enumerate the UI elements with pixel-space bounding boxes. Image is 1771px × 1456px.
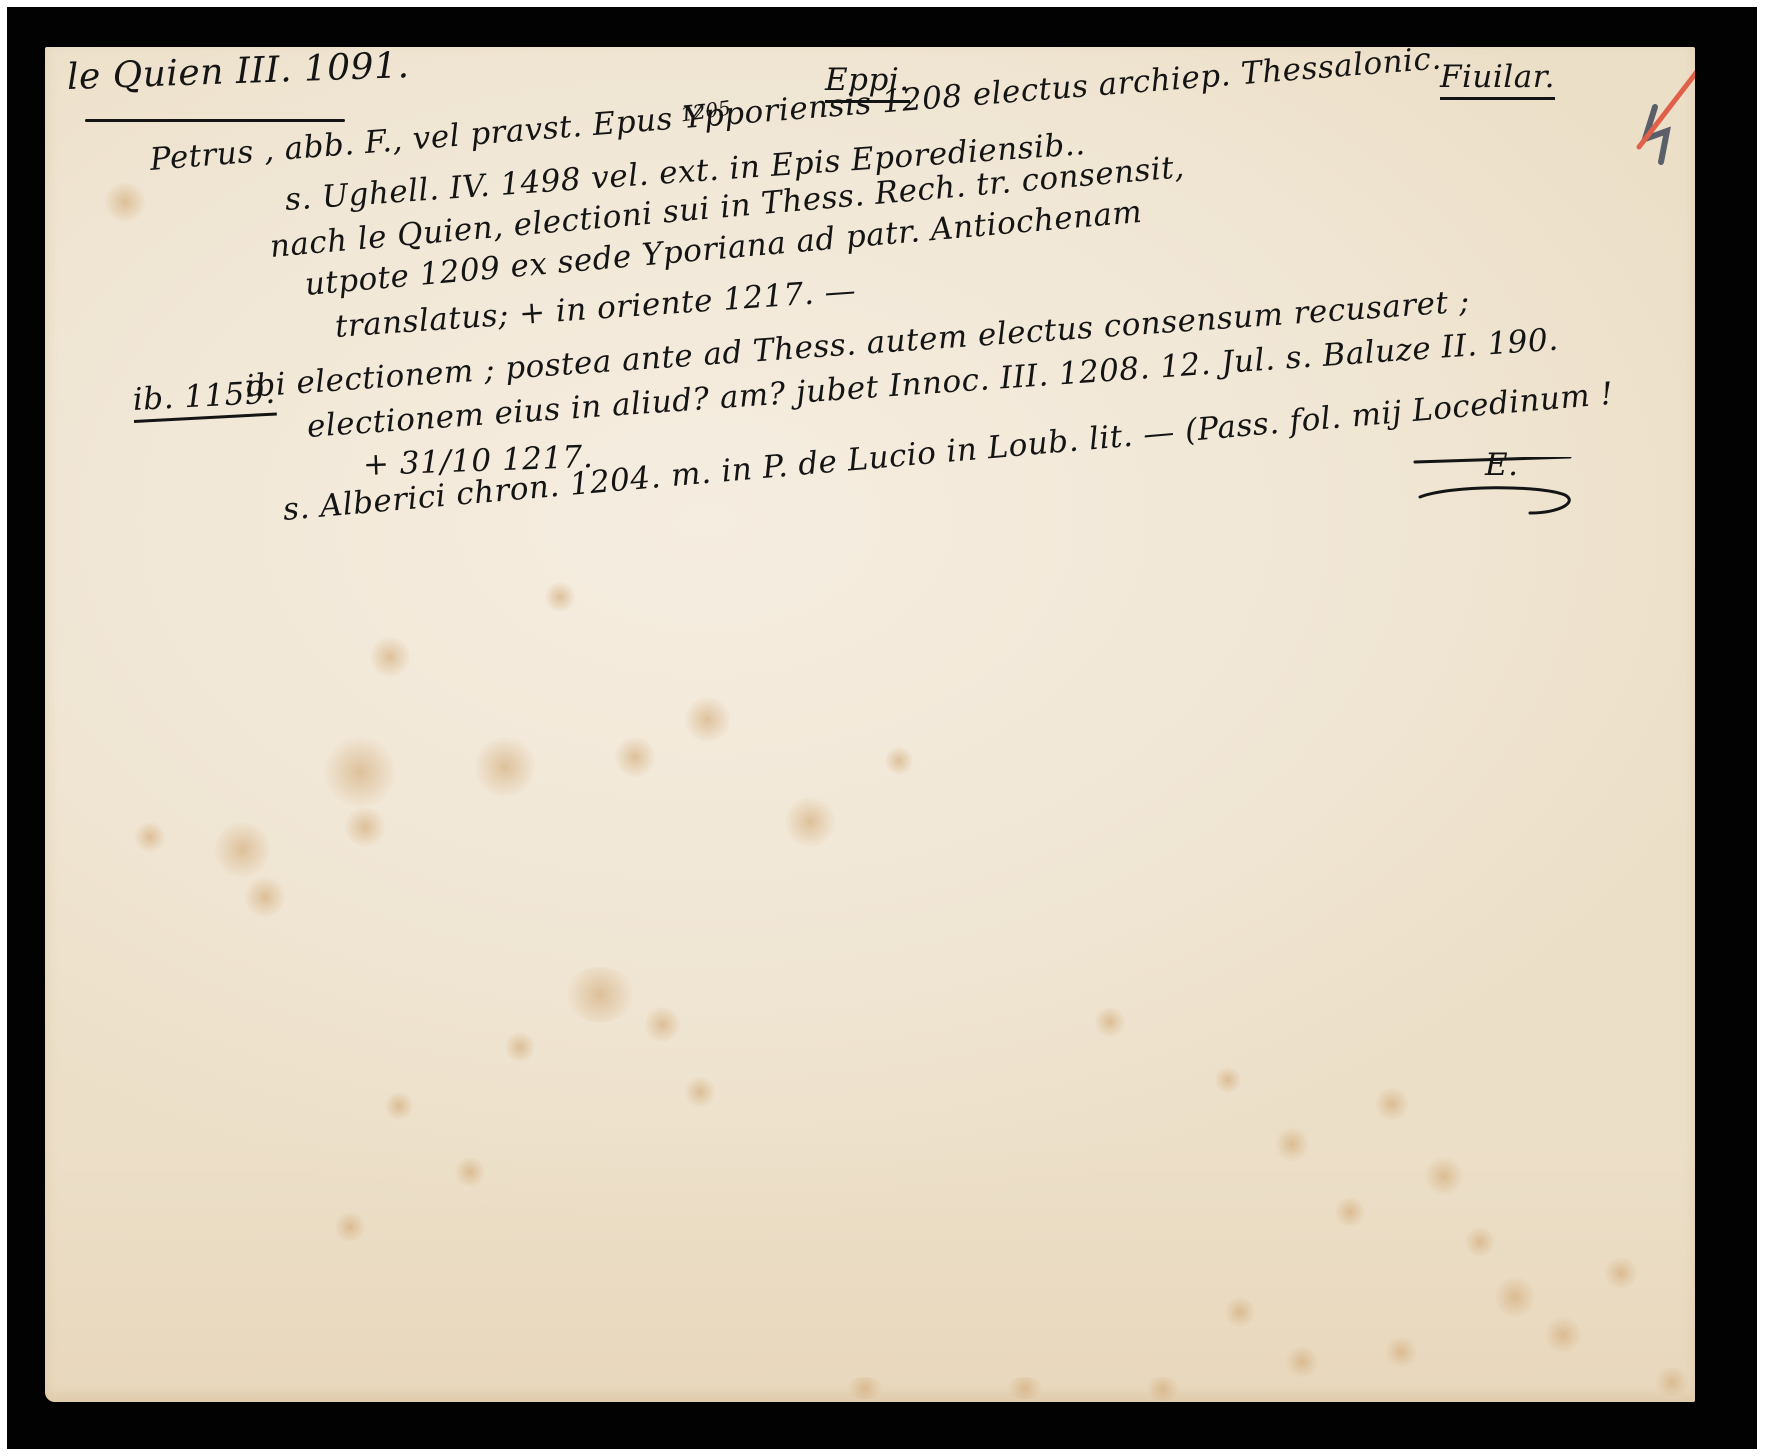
foxing-stain [1375, 1087, 1409, 1121]
foxing-stain [845, 1377, 885, 1399]
foxing-stain [685, 697, 730, 742]
foxing-stain [1285, 1347, 1319, 1377]
foxing-stain [685, 1077, 715, 1107]
foxing-stain [1655, 1367, 1689, 1397]
foxing-stain [245, 877, 285, 917]
reference-underline [85, 119, 345, 122]
foxing-stain [1495, 1277, 1535, 1317]
signature-flourish [1410, 457, 1580, 517]
foxing-stain [215, 822, 270, 877]
right-heading: Fiuilar. [1440, 59, 1555, 100]
foxing-stain [135, 822, 165, 852]
foxing-stain [1005, 1377, 1045, 1399]
foxing-stain [785, 797, 835, 847]
reference-header: le Quien III. 1091. [66, 47, 410, 98]
foxing-stain [615, 737, 655, 777]
foxing-stain [1605, 1257, 1637, 1289]
foxing-stain [455, 1157, 485, 1187]
corner-number-mark [1635, 67, 1695, 177]
foxing-stain [1385, 1337, 1417, 1367]
foxing-stain [475, 737, 535, 797]
foxing-stain [505, 1032, 535, 1062]
foxing-stain [105, 182, 145, 222]
foxing-stain [645, 1007, 680, 1042]
foxing-stain [565, 967, 635, 1022]
foxing-stain [1225, 1297, 1255, 1327]
foxing-stain [1275, 1127, 1309, 1161]
foxing-stain [1465, 1227, 1495, 1257]
foxing-stain [385, 1092, 413, 1120]
index-card: le Quien III. 1091. Eppi. Fiuilar. 1205 … [45, 47, 1695, 1402]
foxing-stain [345, 807, 385, 847]
foxing-stain [1145, 1377, 1181, 1401]
foxing-stain [545, 582, 575, 612]
foxing-stain [1095, 1007, 1125, 1037]
foxing-stain [335, 1212, 365, 1242]
foxing-stain [370, 637, 410, 677]
foxing-stain [1335, 1197, 1365, 1227]
foxing-stain [325, 737, 395, 807]
foxing-stain [885, 747, 913, 775]
foxing-stain [1215, 1067, 1241, 1093]
foxing-stain [1545, 1317, 1581, 1353]
foxing-stain [1425, 1157, 1463, 1195]
